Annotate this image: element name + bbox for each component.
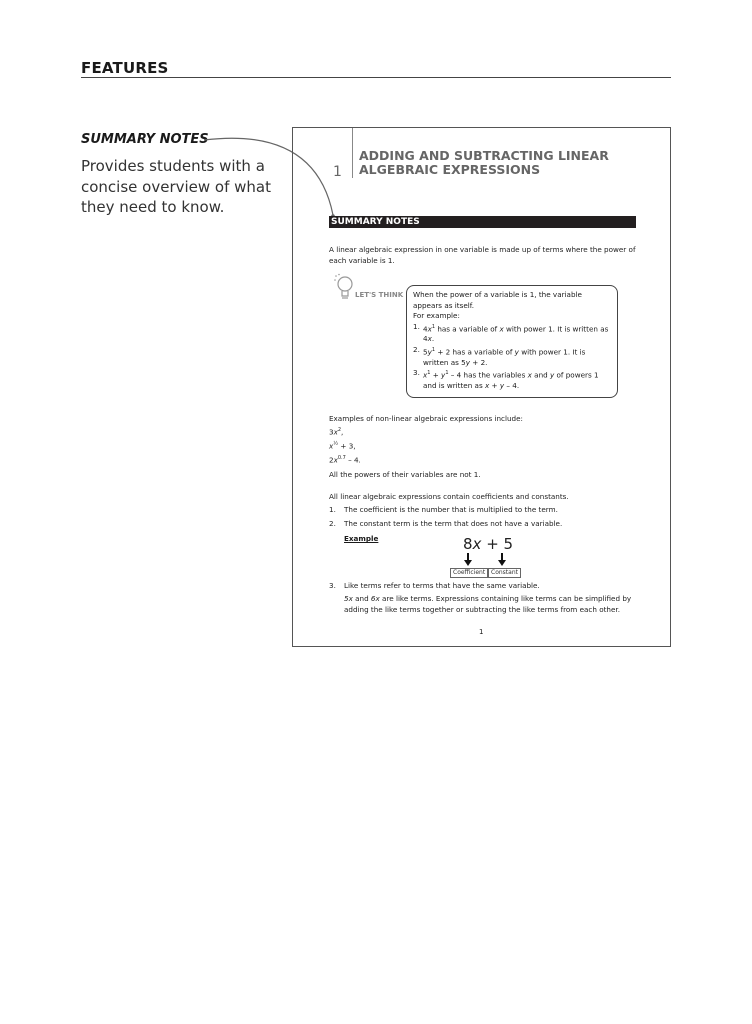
nonlinear-note: All the powers of their variables are no…	[329, 470, 481, 481]
coef-list: 1.The coefficient is the number that is …	[329, 505, 639, 532]
constant-tag: Constant	[488, 568, 521, 578]
lets-think-item: 1.4x1 has a variable of x with power 1. …	[413, 322, 611, 345]
coefficient-tag: Coefficient	[450, 568, 488, 578]
for-example-label: For example:	[413, 311, 611, 322]
chapter-title: ADDING AND SUBTRACTING LINEAR ALGEBRAIC …	[359, 149, 649, 177]
constant-term: 5	[504, 535, 514, 553]
example-label: Example	[344, 534, 378, 543]
feature-description: Provides students with a concise overvie…	[81, 156, 281, 218]
intro-text: A linear algebraic expression in one var…	[329, 245, 639, 266]
lets-think-item: 3.x1 + y1 – 4 has the variables x and y …	[413, 368, 611, 391]
coef-intro: All linear algebraic expressions contain…	[329, 492, 569, 503]
lets-think-item: 2.5y1 + 2 has a variable of y with power…	[413, 345, 611, 368]
lets-think-lead: When the power of a variable is 1, the v…	[413, 290, 611, 311]
page-number: 1	[479, 628, 483, 636]
nonlinear-intro: Examples of non-linear algebraic express…	[329, 414, 523, 425]
features-heading: FEATURES	[81, 59, 169, 77]
expression: 8x + 5	[463, 535, 513, 553]
list-item: 2.The constant term is the term that doe…	[329, 519, 639, 530]
sample-page: 1 ADDING AND SUBTRACTING LINEAR ALGEBRAI…	[292, 127, 671, 647]
lets-think-box: When the power of a variable is 1, the v…	[406, 285, 618, 398]
item-number: 3.	[329, 581, 344, 592]
coefficient-term: 8x	[463, 535, 481, 553]
lets-think-label: LET'S THINK	[355, 291, 403, 299]
heading-rule	[81, 77, 671, 78]
nonlinear-example-3: 2x0.7 – 4.	[329, 453, 361, 466]
arrowhead-icon	[464, 560, 472, 566]
lightbulb-brain-icon	[333, 273, 355, 305]
nonlinear-example-1: 3x2,	[329, 425, 343, 438]
like-terms-detail: 5x and 6x are like terms. Expressions co…	[344, 594, 644, 615]
chapter-divider	[352, 128, 353, 178]
nonlinear-example-2: x½ + 3,	[329, 439, 356, 452]
section-title-bar: SUMMARY NOTES	[329, 216, 636, 228]
feature-label: SUMMARY NOTES	[81, 132, 209, 147]
like-terms-item: 3.Like terms refer to terms that have th…	[329, 581, 639, 592]
arrowhead-icon	[498, 560, 506, 566]
item-text: Like terms refer to terms that have the …	[344, 581, 540, 592]
list-item: 1.The coefficient is the number that is …	[329, 505, 639, 516]
chapter-number: 1	[333, 164, 342, 180]
